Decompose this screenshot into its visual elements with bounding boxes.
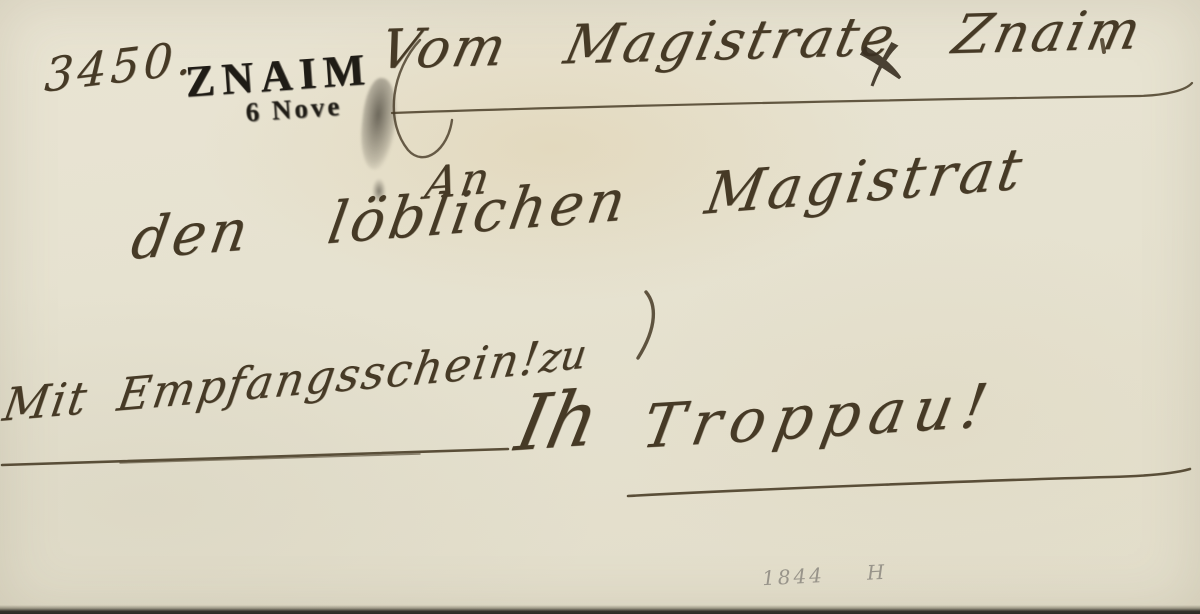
instruction-note: Mit Empfangsschein! xyxy=(0,331,545,432)
pencil-year: 1844 xyxy=(761,563,825,590)
scan-bottom-edge xyxy=(0,605,1200,614)
underline-sender-flourish xyxy=(392,83,1192,113)
docket-number: 3450. xyxy=(43,30,196,103)
flourish-comma-mark xyxy=(638,292,653,358)
postmark-stamp: ZNAIM 6 Nove xyxy=(184,44,375,133)
ink-flourishes xyxy=(0,0,1200,614)
underline-instruction-double xyxy=(120,454,420,463)
pencil-initial: H xyxy=(866,560,888,585)
address-recipient: den löblichen Magistrat xyxy=(127,136,1031,273)
pencil-gap xyxy=(825,580,867,582)
address-city: Troppau! xyxy=(637,371,1002,463)
address-paraph: Ih xyxy=(509,372,607,468)
letter-scan: 3450. ZNAIM 6 Nove Vom Magistrate Znaim … xyxy=(0,0,1200,614)
sender-line: Vom Magistrate Znaim xyxy=(374,0,1149,81)
underline-city-flourish xyxy=(628,469,1190,496)
underline-instruction-flourish xyxy=(2,449,508,465)
pencil-annotation: 1844H xyxy=(761,560,887,591)
